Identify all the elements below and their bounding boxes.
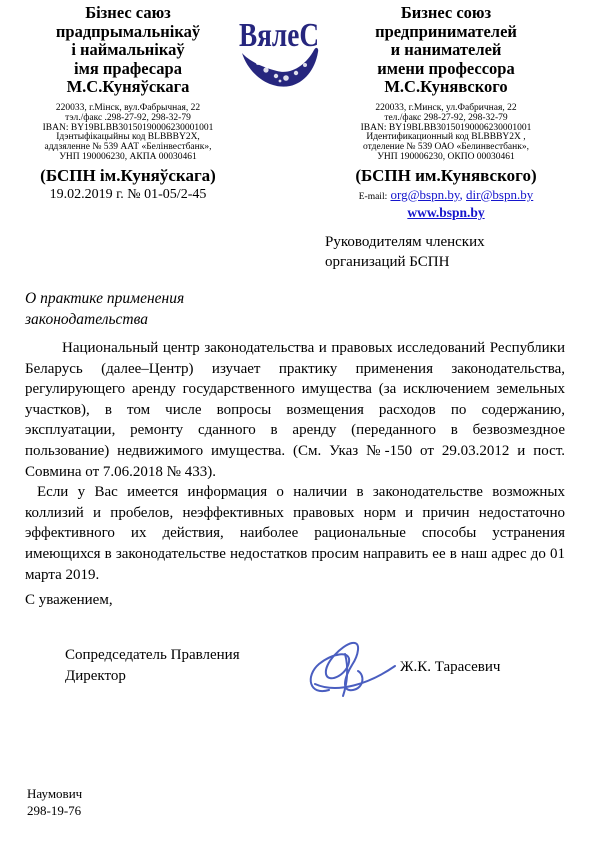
email-label: E-mail: — [359, 192, 388, 202]
signatory-name: Ж.К. Тарасевич — [400, 659, 500, 676]
recipient-line: Руководителям членских — [325, 233, 485, 253]
letter-body: Национальный центр законодательства и пр… — [25, 338, 565, 585]
subject-line: О практике применения — [25, 288, 184, 309]
body-paragraph-2: Если у Вас имеется информация о наличии … — [25, 482, 565, 585]
org-title-line: Бізнес саюз — [8, 4, 248, 23]
recipient-line: организаций БСПН — [325, 253, 485, 273]
org-title-line: імя прафесара — [8, 60, 248, 79]
org-title-line: М.С.Куняўскага — [8, 78, 248, 97]
letter-page: Бізнес саюз прадпрымальнікаў і наймальні… — [0, 0, 591, 851]
org-address-russian: 220033, г.Минск, ул.Фабричная, 22 тел./ф… — [330, 104, 562, 163]
org-title-russian: Бизнес союз предпринимателей и нанимател… — [330, 4, 562, 97]
closing-salutation: С уважением, — [25, 592, 113, 609]
website-link[interactable]: www.bspn.by — [407, 205, 484, 220]
org-title-belarusian: Бізнес саюз прадпрымальнікаў і наймальні… — [8, 4, 248, 97]
letterhead-right: Бизнес союз предпринимателей и нанимател… — [330, 4, 562, 221]
org-title-line: и нанимателей — [330, 41, 562, 60]
email-line: E-mail: org@bspn.by, dir@bspn.by — [330, 187, 562, 205]
signature-icon — [297, 634, 403, 704]
org-title-line: Бизнес союз — [330, 4, 562, 23]
executor-name: Наумович — [27, 786, 82, 803]
subject-line: законодательства — [25, 309, 184, 330]
signatory-position-line: Сопредседатель Правления — [65, 645, 240, 666]
letter-date-number: 19.02.2019 г. № 01-05/2-45 — [8, 186, 248, 203]
handwritten-signature — [297, 634, 403, 704]
org-title-line: і наймальнікаў — [8, 41, 248, 60]
logo-text: ВялеС — [239, 17, 319, 54]
body-paragraph-1: Национальный центр законодательства и пр… — [25, 338, 565, 482]
veles-logo-icon: ВялеС — [236, 13, 322, 99]
org-title-line: имени профессора — [330, 60, 562, 79]
executor-phone: 298-19-76 — [27, 803, 82, 820]
org-title-line: М.С.Кунявского — [330, 78, 562, 97]
website-line: www.bspn.by — [330, 205, 562, 221]
signatory-positions: Сопредседатель Правления Директор — [65, 645, 240, 686]
address-line: УНП 190006230, ОКПО 00030461 — [330, 153, 562, 163]
bspn-veles-logo: ВялеС — [236, 13, 322, 99]
address-line: УНП 190006230, АКПА 00030461 — [8, 153, 248, 163]
org-title-line: предпринимателей — [330, 23, 562, 42]
org-address-belarusian: 220033, г.Мінск, вул.Фабрычная, 22 тэл./… — [8, 104, 248, 163]
executor-block: Наумович 298-19-76 — [27, 786, 82, 819]
letterhead-left: Бізнес саюз прадпрымальнікаў і наймальні… — [8, 4, 248, 203]
signatory-position-line: Директор — [65, 666, 240, 687]
email-link-dir[interactable]: dir@bspn.by — [466, 187, 533, 202]
org-shortname-belarusian: (БСПН ім.Куняўскага) — [8, 166, 248, 186]
org-title-line: прадпрымальнікаў — [8, 23, 248, 42]
recipient-block: Руководителям членских организаций БСПН — [325, 233, 485, 272]
org-shortname-russian: (БСПН им.Кунявского) — [330, 166, 562, 186]
email-link-org[interactable]: org@bspn.by — [390, 187, 459, 202]
subject-block: О практике применения законодательства — [25, 288, 184, 330]
